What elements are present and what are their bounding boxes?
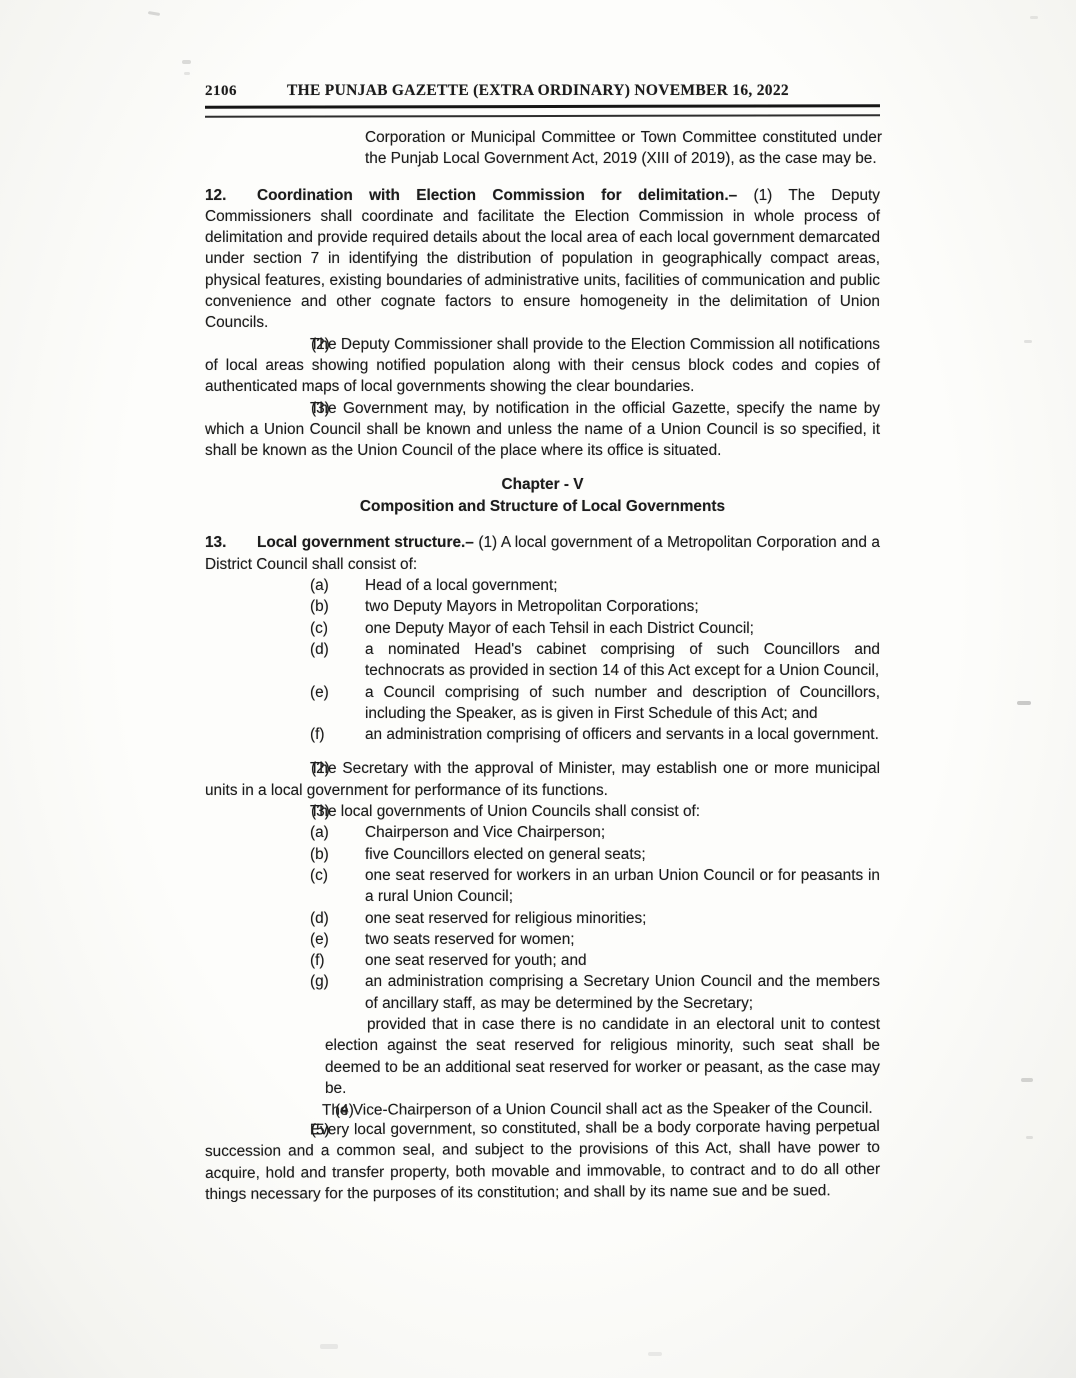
list-item-label: (d) (310, 639, 365, 682)
page-header: 2106 THE PUNJAB GAZETTE (EXTRA ORDINARY)… (205, 82, 880, 100)
section-12-clause-1: (1) The Deputy Commissioners shall coord… (205, 187, 880, 332)
scan-artifact (1021, 1078, 1033, 1082)
list-item-label: (b) (310, 596, 365, 617)
chapter-title-line: Composition and Structure of Local Gover… (205, 496, 880, 518)
list-item-text: Head of a local government; (365, 575, 880, 596)
list-item: (g)an administration comprising a Secret… (310, 971, 880, 1014)
list-item-label: (e) (310, 929, 365, 950)
list-item-text: an administration comprising a Secretary… (365, 971, 880, 1014)
section-12-title: Coordination with Election Commission fo… (257, 187, 737, 204)
list-item-text: one Deputy Mayor of each Tehsil in each … (365, 618, 880, 639)
section-12-number: 12. (205, 185, 257, 206)
list-item-label: (b) (310, 844, 365, 865)
scan-artifact (320, 1344, 338, 1349)
clause-number: (3) (258, 801, 310, 822)
section-13-clause-3: (3)The local governments of Union Counci… (205, 801, 880, 822)
list-item-text: one seat reserved for religious minoriti… (365, 908, 880, 929)
list-item: (a)Chairperson and Vice Chairperson; (310, 822, 880, 843)
clause-number: (2) (258, 334, 310, 355)
list-item: (b)five Councillors elected on general s… (310, 844, 880, 865)
scan-artifact (1017, 701, 1031, 705)
section-13-proviso: provided that in case there is no candid… (325, 1014, 880, 1099)
gazette-page: 2106 THE PUNJAB GAZETTE (EXTRA ORDINARY)… (0, 0, 1076, 1378)
list-item: (e)a Council comprising of such number a… (310, 682, 880, 725)
chapter-number-line: Chapter - V (205, 474, 880, 496)
section-13-list-2: (a)Chairperson and Vice Chairperson; (b)… (205, 822, 880, 1014)
list-item: (c)one Deputy Mayor of each Tehsil in ea… (310, 618, 880, 639)
list-item-label: (g) (310, 971, 365, 1014)
section-12-paragraph: 12.Coordination with Election Commission… (205, 185, 880, 334)
list-item-text: a Council comprising of such number and … (365, 682, 880, 725)
clause-text: The local governments of Union Councils … (310, 803, 700, 820)
clause-number: (3) (258, 398, 310, 419)
section-13-number: 13. (205, 532, 257, 553)
list-item-label: (f) (310, 724, 365, 745)
clause-number: (2) (258, 758, 310, 779)
scan-artifact (648, 1352, 662, 1356)
list-item: (e)two seats reserved for women; (310, 929, 880, 950)
list-item: (b)two Deputy Mayors in Metropolitan Cor… (310, 596, 880, 617)
section-13-clause-2: (2)The Secretary with the approval of Mi… (205, 758, 880, 801)
list-item-label: (c) (310, 618, 365, 639)
scan-artifact (184, 72, 190, 75)
list-item: (f)one seat reserved for youth; and (310, 950, 880, 971)
section-13-title: Local government structure.– (257, 534, 474, 551)
scan-artifact (1026, 1136, 1033, 1139)
clause-number: (5) (258, 1120, 310, 1142)
list-item-text: two Deputy Mayors in Metropolitan Corpor… (365, 596, 880, 617)
section-12-clause-3: (3)The Government may, by notification i… (205, 398, 880, 462)
list-item-label: (f) (310, 950, 365, 971)
section-13-paragraph: 13.Local government structure.– (1) A lo… (205, 532, 880, 575)
list-item: (c)one seat reserved for workers in an u… (310, 865, 880, 908)
list-item: (f)an administration comprising of offic… (310, 724, 880, 745)
header-rule (205, 104, 880, 117)
list-item-label: (a) (310, 822, 365, 843)
list-item-text: one seat reserved for workers in an urba… (365, 865, 880, 908)
list-item-text: Chairperson and Vice Chairperson; (365, 822, 880, 843)
list-item-label: (c) (310, 865, 365, 908)
list-item-label: (d) (310, 908, 365, 929)
gazette-header-title: THE PUNJAB GAZETTE (EXTRA ORDINARY) NOVE… (287, 82, 789, 100)
section-12-clause-2: (2)The Deputy Commissioner shall provide… (205, 334, 880, 398)
scan-artifact (1030, 16, 1038, 19)
list-item: (a)Head of a local government; (310, 575, 880, 596)
clause-number: (4) (270, 1100, 322, 1121)
list-item-text: a nominated Head's cabinet comprising of… (365, 639, 880, 682)
scan-artifact (1024, 340, 1032, 343)
list-item: (d)one seat reserved for religious minor… (310, 908, 880, 929)
scan-artifact (182, 60, 191, 64)
section-13-list-1: (a)Head of a local government; (b)two De… (205, 575, 880, 745)
section-13-clause-5: (5)Every local government, so constitute… (205, 1116, 881, 1205)
list-item: (d)a nominated Head's cabinet comprising… (310, 639, 880, 682)
list-item-text: five Councillors elected on general seat… (365, 844, 880, 865)
list-item-label: (e) (310, 682, 365, 725)
list-item-text: two seats reserved for women; (365, 929, 880, 950)
page-number: 2106 (205, 83, 285, 100)
list-item-label: (a) (310, 575, 365, 596)
list-item-text: one seat reserved for youth; and (365, 950, 880, 971)
chapter-heading: Chapter - V Composition and Structure of… (205, 474, 880, 517)
intro-paragraph: Corporation or Municipal Committee or To… (365, 127, 882, 170)
list-item-text: an administration comprising of officers… (365, 724, 880, 745)
